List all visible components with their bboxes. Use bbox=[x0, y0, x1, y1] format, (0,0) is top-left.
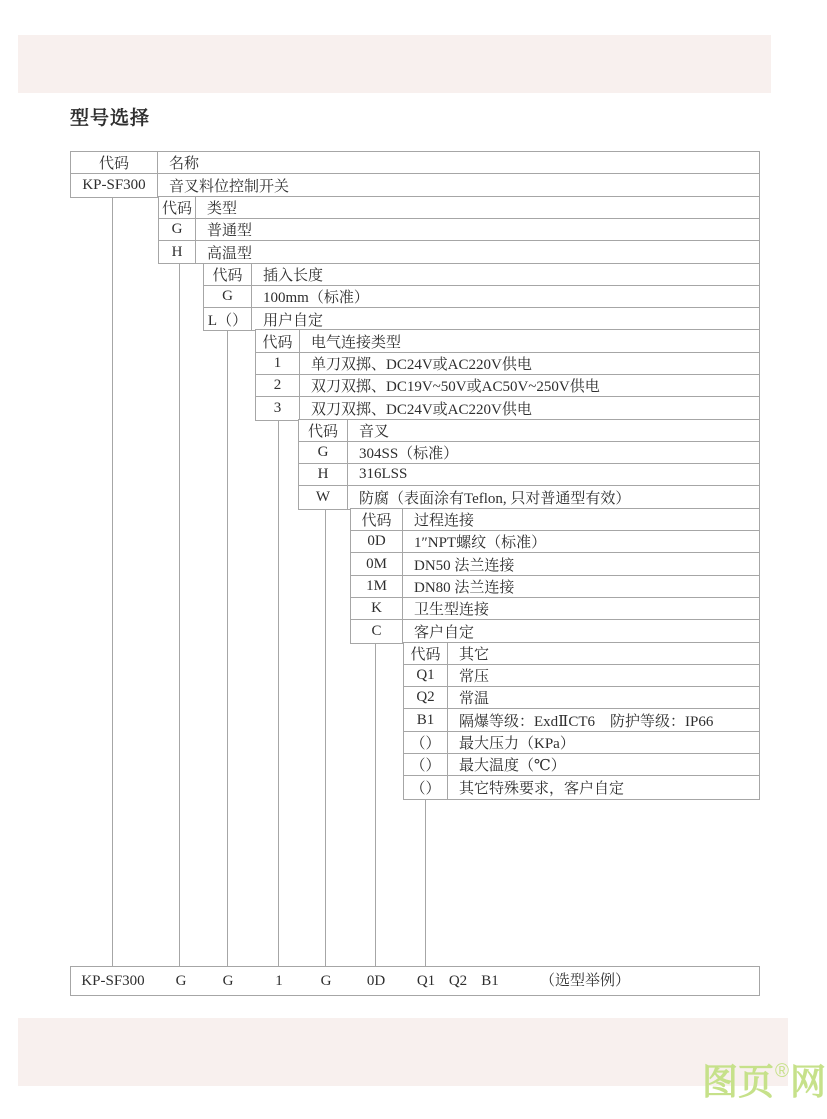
example-cell: KP-SF300 bbox=[81, 967, 144, 995]
option-row: K卫生型连接 bbox=[351, 598, 759, 620]
option-row: 1MDN80 法兰连接 bbox=[351, 576, 759, 598]
desc-cell: 客户自定 bbox=[403, 620, 759, 642]
code-cell: H bbox=[299, 464, 348, 485]
desc-cell: 音叉 bbox=[348, 420, 759, 441]
option-row: 2双刀双掷、DC19V~50V或AC50V~250V供电 bbox=[256, 375, 759, 397]
example-cell: 0D bbox=[367, 967, 385, 995]
desc-cell: 100mm（标准） bbox=[252, 286, 759, 307]
desc-cell: 316LSS bbox=[348, 464, 759, 485]
option-row: 0MDN50 法兰连接 bbox=[351, 553, 759, 575]
option-row: Q1常压 bbox=[404, 665, 759, 687]
code-cell: G bbox=[299, 442, 348, 463]
desc-cell: 防腐（表面涂有Teflon, 只对普通型有效） bbox=[348, 486, 759, 508]
selection-block-3: 代码电气连接类型1单刀双掷、DC24V或AC220V供电2双刀双掷、DC19V~… bbox=[255, 329, 760, 420]
selection-block-2: 代码插入长度G100mm（标准）L（）用户自定 bbox=[203, 263, 760, 332]
selection-block-1: 代码类型G普通型H高温型 bbox=[158, 196, 760, 265]
code-cell: L（） bbox=[204, 308, 252, 330]
example-cell: Q2 bbox=[449, 967, 467, 995]
code-cell: W bbox=[299, 486, 348, 508]
code-cell: （） bbox=[404, 776, 448, 798]
option-row: H高温型 bbox=[159, 241, 759, 263]
block-header-row: 代码名称 bbox=[71, 152, 759, 174]
desc-cell: 普通型 bbox=[196, 219, 759, 240]
watermark-text-prefix: 图页 bbox=[702, 1061, 774, 1102]
desc-cell: 类型 bbox=[196, 197, 759, 218]
option-row: （）最大温度（℃） bbox=[404, 754, 759, 776]
selection-block-0: 代码名称KP-SF300音叉料位控制开关 bbox=[70, 151, 760, 198]
block-header-row: 代码类型 bbox=[159, 197, 759, 219]
code-cell: B1 bbox=[404, 709, 448, 730]
desc-cell: 最大温度（℃） bbox=[448, 754, 759, 775]
connector-line bbox=[278, 420, 279, 966]
code-cell: K bbox=[351, 598, 403, 619]
code-cell: 代码 bbox=[351, 509, 403, 530]
option-row: 3双刀双掷、DC24V或AC220V供电 bbox=[256, 397, 759, 419]
desc-cell: 高温型 bbox=[196, 241, 759, 263]
selection-block-5: 代码过程连接0D1″NPT螺纹（标准）0MDN50 法兰连接1MDN80 法兰连… bbox=[350, 508, 760, 644]
code-cell: 0M bbox=[351, 553, 403, 574]
connector-line bbox=[425, 799, 426, 966]
block-header-row: 代码音叉 bbox=[299, 420, 759, 442]
desc-cell: 音叉料位控制开关 bbox=[158, 174, 759, 196]
desc-cell: 名称 bbox=[158, 152, 759, 173]
connector-line bbox=[179, 264, 180, 967]
code-cell: （） bbox=[404, 732, 448, 753]
desc-cell: 用户自定 bbox=[252, 308, 759, 330]
example-cell: Q1 bbox=[417, 967, 435, 995]
model-selection-table: 代码名称KP-SF300音叉料位控制开关代码类型G普通型H高温型代码插入长度G1… bbox=[0, 0, 827, 1119]
option-row: L（）用户自定 bbox=[204, 308, 759, 330]
example-note: （选型举例） bbox=[540, 967, 630, 995]
desc-cell: 最大压力（KPa） bbox=[448, 732, 759, 753]
watermark-text-suffix: 网 bbox=[790, 1061, 826, 1102]
footer-band bbox=[18, 1018, 788, 1086]
watermark-logo: 图页®网 bbox=[702, 1062, 826, 1100]
example-cell: 1 bbox=[275, 967, 283, 995]
desc-cell: 插入长度 bbox=[252, 264, 759, 285]
desc-cell: DN50 法兰连接 bbox=[403, 553, 759, 574]
option-row: 0D1″NPT螺纹（标准） bbox=[351, 531, 759, 553]
code-cell: G bbox=[204, 286, 252, 307]
desc-cell: 常温 bbox=[448, 687, 759, 708]
code-cell: G bbox=[159, 219, 196, 240]
block-header-row: 代码其它 bbox=[404, 643, 759, 665]
option-row: G普通型 bbox=[159, 219, 759, 241]
connector-line bbox=[227, 330, 228, 966]
code-cell: 3 bbox=[256, 397, 300, 419]
example-cell: G bbox=[176, 967, 187, 995]
desc-cell: 双刀双掷、DC19V~50V或AC50V~250V供电 bbox=[300, 375, 759, 396]
registered-trademark-icon: ® bbox=[775, 1061, 789, 1082]
desc-cell: 其它 bbox=[448, 643, 759, 664]
desc-cell: 卫生型连接 bbox=[403, 598, 759, 619]
connector-line bbox=[375, 643, 376, 966]
option-row: G100mm（标准） bbox=[204, 286, 759, 308]
desc-cell: 常压 bbox=[448, 665, 759, 686]
option-row: G304SS（标准） bbox=[299, 442, 759, 464]
code-cell: 0D bbox=[351, 531, 403, 552]
desc-cell: DN80 法兰连接 bbox=[403, 576, 759, 597]
code-cell: H bbox=[159, 241, 196, 263]
option-row: H316LSS bbox=[299, 464, 759, 486]
page: 型号选择 代码名称KP-SF300音叉料位控制开关代码类型G普通型H高温型代码插… bbox=[0, 0, 827, 1119]
option-row: KP-SF300音叉料位控制开关 bbox=[71, 174, 759, 196]
code-cell: 代码 bbox=[159, 197, 196, 218]
option-row: Q2常温 bbox=[404, 687, 759, 709]
example-row: KP-SF300GG1G0DQ1Q2B1（选型举例） bbox=[70, 966, 760, 996]
desc-cell: 电气连接类型 bbox=[300, 330, 759, 351]
desc-cell: 1″NPT螺纹（标准） bbox=[403, 531, 759, 552]
block-header-row: 代码电气连接类型 bbox=[256, 330, 759, 352]
code-cell: 1 bbox=[256, 353, 300, 374]
code-cell: 代码 bbox=[256, 330, 300, 351]
code-cell: Q1 bbox=[404, 665, 448, 686]
connector-line bbox=[325, 509, 326, 966]
code-cell: C bbox=[351, 620, 403, 642]
code-cell: （） bbox=[404, 754, 448, 775]
desc-cell: 过程连接 bbox=[403, 509, 759, 530]
code-cell: KP-SF300 bbox=[71, 174, 158, 196]
option-row: C客户自定 bbox=[351, 620, 759, 642]
desc-cell: 304SS（标准） bbox=[348, 442, 759, 463]
block-header-row: 代码插入长度 bbox=[204, 264, 759, 286]
selection-block-6: 代码其它Q1常压Q2常温B1隔爆等级：ExdⅡCT6 防护等级：IP66（）最大… bbox=[403, 642, 760, 800]
block-header-row: 代码过程连接 bbox=[351, 509, 759, 531]
code-cell: Q2 bbox=[404, 687, 448, 708]
code-cell: 1M bbox=[351, 576, 403, 597]
selection-block-4: 代码音叉G304SS（标准）H316LSSW防腐（表面涂有Teflon, 只对普… bbox=[298, 419, 760, 510]
code-cell: 代码 bbox=[299, 420, 348, 441]
desc-cell: 双刀双掷、DC24V或AC220V供电 bbox=[300, 397, 759, 419]
desc-cell: 隔爆等级：ExdⅡCT6 防护等级：IP66 bbox=[448, 709, 759, 730]
example-cell: G bbox=[223, 967, 234, 995]
desc-cell: 其它特殊要求，客户自定 bbox=[448, 776, 759, 798]
option-row: （）其它特殊要求，客户自定 bbox=[404, 776, 759, 798]
desc-cell: 单刀双掷、DC24V或AC220V供电 bbox=[300, 353, 759, 374]
connector-line bbox=[112, 197, 113, 966]
option-row: B1隔爆等级：ExdⅡCT6 防护等级：IP66 bbox=[404, 709, 759, 731]
code-cell: 代码 bbox=[204, 264, 252, 285]
option-row: W防腐（表面涂有Teflon, 只对普通型有效） bbox=[299, 486, 759, 508]
code-cell: 代码 bbox=[404, 643, 448, 664]
option-row: （）最大压力（KPa） bbox=[404, 732, 759, 754]
option-row: 1单刀双掷、DC24V或AC220V供电 bbox=[256, 353, 759, 375]
example-cell: B1 bbox=[481, 967, 499, 995]
code-cell: 代码 bbox=[71, 152, 158, 173]
example-cell: G bbox=[321, 967, 332, 995]
code-cell: 2 bbox=[256, 375, 300, 396]
